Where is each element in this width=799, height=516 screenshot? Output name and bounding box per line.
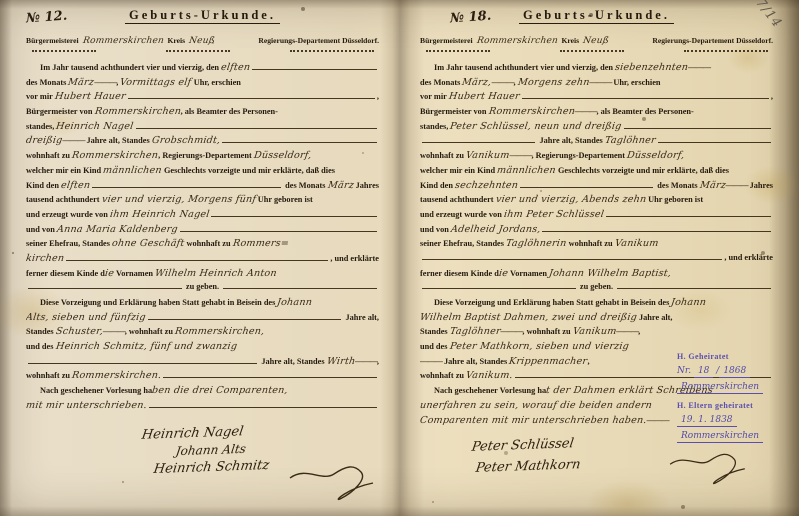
jurisdiction-line: Bürgermeisterei Rommerskirchen Kreis Neu… bbox=[26, 36, 379, 46]
printed-text: Uhr geboren ist bbox=[646, 195, 703, 204]
printed-text: wohnhaft zu bbox=[420, 371, 466, 380]
handwritten-text: Vanikum bbox=[465, 150, 510, 161]
form-line: Wilhelm Baptist Dahmen, zwei und dreißig… bbox=[420, 312, 773, 327]
handwritten-text: Taglöhnerin bbox=[505, 238, 567, 249]
printed-text: Nach geschehener Vorlesung ha bbox=[434, 386, 546, 395]
handwritten-text: Johann bbox=[671, 297, 708, 308]
fill-rule bbox=[223, 288, 377, 289]
printed-text: Jahre alt, Standes bbox=[537, 136, 604, 145]
district-label: Kreis bbox=[561, 36, 579, 45]
handwritten-text: Schuster, bbox=[55, 326, 104, 337]
printed-text: wohnhaft zu bbox=[26, 151, 72, 160]
handwritten-text: Heinrich Schmitz, fünf und zwanzig bbox=[55, 341, 238, 352]
handwritten-text: Rommerskirchen bbox=[488, 106, 576, 117]
printed-text: und erzeugt wurde von bbox=[26, 210, 110, 219]
parents-married-stamp: H. Eltern geheiratet bbox=[677, 401, 799, 410]
municipality-label: Bürgermeisterei bbox=[420, 36, 473, 45]
dotted-underline bbox=[166, 47, 230, 52]
handwritten-text: März bbox=[68, 77, 96, 88]
fill-rule bbox=[66, 260, 328, 261]
printed-text: , Regierungs-Departement bbox=[158, 151, 254, 160]
handwritten-text: Peter Schlüssel, neun und dreißig bbox=[450, 121, 623, 132]
fill-rule bbox=[180, 231, 377, 232]
form-line: Diese Vorzeigung und Erklärung haben Sta… bbox=[26, 297, 379, 312]
handwritten-text: Taglöhner bbox=[449, 326, 501, 337]
form-line: Jahre alt, Standes Wirth———, bbox=[26, 356, 379, 371]
form-line: Diese Vorzeigung und Erklärung haben Sta… bbox=[420, 297, 773, 312]
dash-fill: ——— bbox=[575, 107, 597, 116]
printed-text: Diese Vorzeigung und Erklärung haben Sta… bbox=[434, 298, 671, 307]
married-stamp: H. Geheiratet bbox=[677, 352, 799, 361]
fill-rule bbox=[148, 319, 342, 320]
handwritten-text: unerfahren zu sein, worauf die beiden an… bbox=[420, 400, 653, 411]
handwritten-text: ihm Peter Schlüssel bbox=[503, 209, 605, 220]
printed-text: Jahre alt, bbox=[343, 313, 379, 322]
marriage-place-text: Rommerskirchen bbox=[677, 382, 763, 394]
handwritten-text: Rommerskirchen. bbox=[71, 370, 162, 381]
jurisdiction-line: Bürgermeisterei Rommerskirchen Kreis Neu… bbox=[420, 36, 773, 46]
printed-text: ferner diesem Kinde d bbox=[420, 269, 499, 278]
marriage-ref-year: 1868 bbox=[719, 366, 750, 378]
printed-text: Jahres bbox=[354, 181, 379, 190]
printed-text: des Monats bbox=[283, 181, 327, 190]
handwritten-text: elften bbox=[60, 180, 91, 191]
fill-rule bbox=[658, 142, 771, 143]
printed-text: Jahre alt, bbox=[637, 313, 673, 322]
handwritten-text: Düsseldorf, bbox=[253, 150, 312, 161]
handwritten-text: Alts, sieben und fünfzig bbox=[26, 312, 146, 323]
signature: Heinrich Schmitz bbox=[152, 457, 270, 478]
handwritten-text: ie bbox=[498, 268, 509, 279]
form-line: Kind den sechzehnten des Monats März——— … bbox=[420, 180, 773, 195]
handwritten-text: männlichen bbox=[496, 165, 556, 176]
handwritten-text: Rommerskirchen, bbox=[174, 326, 265, 337]
printed-text: , als Beamter des Personen- bbox=[181, 107, 278, 116]
dotted-underlines bbox=[420, 47, 773, 53]
form-line: Standes Taglöhner———, wohnhaft zu Vaniku… bbox=[420, 326, 773, 341]
form-line: Im Jahr tausend achthundert vier und vie… bbox=[420, 62, 773, 77]
record-number: № 18. bbox=[450, 9, 492, 27]
marriage-ref-number: 18 bbox=[694, 366, 713, 378]
form-line: Im Jahr tausend achthundert vier und vie… bbox=[26, 62, 379, 77]
form-line: standes, Peter Schlüssel, neun und dreiß… bbox=[420, 121, 773, 136]
form-line: welcher mir ein Kind männlichen Geschlec… bbox=[420, 165, 773, 180]
printed-text: des Monats bbox=[26, 78, 68, 87]
signature: Peter Schlüssel bbox=[471, 435, 575, 456]
printed-text: wohnhaft zu bbox=[26, 371, 72, 380]
printed-text: tausend achthundert bbox=[420, 195, 496, 204]
dotted-underline bbox=[560, 47, 624, 52]
form-line: , und erklärte bbox=[420, 253, 773, 268]
fill-rule bbox=[222, 142, 377, 143]
printed-text: des Monats bbox=[420, 78, 462, 87]
printed-text: und erzeugt wurde von bbox=[420, 210, 504, 219]
handwritten-text: Wilhelm Heinrich Anton bbox=[154, 268, 277, 279]
printed-text: standes, bbox=[420, 122, 450, 131]
fill-rule bbox=[422, 142, 535, 143]
form-line: des Monats März,———, Morgens zehn——— Uhr… bbox=[420, 77, 773, 92]
department-label: Regierungs-Departement Düsseldorf. bbox=[652, 36, 773, 45]
handwritten-text: Vanikum bbox=[614, 238, 659, 249]
form-line: Standes Schuster,———, wohnhaft zu Rommer… bbox=[26, 326, 379, 341]
printed-text: wohnhaft zu bbox=[184, 239, 232, 248]
handwritten-text: März bbox=[327, 180, 355, 191]
fill-rule bbox=[522, 98, 769, 99]
printed-text: , und erklärte bbox=[724, 253, 773, 262]
form-line: zu geben. bbox=[420, 282, 773, 297]
printed-text: Kind den bbox=[26, 181, 61, 190]
dash-fill: ——— bbox=[420, 357, 442, 366]
form-line: tausend achthundert vier und vierzig, Mo… bbox=[26, 194, 379, 209]
handwritten-text: Grobschmidt, bbox=[151, 135, 221, 146]
page-right-header: № 18. Geburts-Urkunde. bbox=[420, 8, 773, 32]
form-line: und von Anna Maria Kaldenberg bbox=[26, 224, 379, 239]
printed-text: , bbox=[771, 92, 773, 101]
handwritten-text: März, bbox=[462, 77, 493, 88]
fill-rule bbox=[28, 363, 257, 364]
printed-text: , bbox=[377, 92, 379, 101]
form-line: dreißig——— Jahre alt, Standes Grobschmid… bbox=[26, 135, 379, 150]
handwritten-text: Hubert Hauer bbox=[448, 91, 520, 102]
page-right: № 18. Geburts-Urkunde. Bürgermeisterei R… bbox=[400, 0, 799, 516]
dash-fill: ——— bbox=[103, 327, 125, 336]
handwritten-text: vier und vierzig, Morgens fünf bbox=[101, 194, 257, 205]
official-paraph-flourish bbox=[667, 446, 748, 487]
handwritten-text: siebenzehnten bbox=[614, 62, 689, 73]
printed-text: Uhr, erschien bbox=[192, 78, 241, 87]
form-line: zu geben. bbox=[26, 282, 379, 297]
printed-text: , und erklärte bbox=[330, 254, 379, 263]
district-value: Neuß bbox=[582, 36, 609, 46]
district-value: Neuß bbox=[188, 36, 215, 46]
printed-text: , bbox=[587, 357, 589, 366]
municipality-value: Rommerskirchen bbox=[476, 36, 558, 46]
form-line: Bürgermeister von Rommerskirchen, als Be… bbox=[26, 106, 379, 121]
handwritten-text: Comparenten mit mir unterschrieben haben… bbox=[420, 415, 647, 426]
dash-fill: ——— bbox=[355, 357, 377, 366]
printed-text: Standes bbox=[26, 327, 56, 336]
printed-text: ferner diesem Kinde d bbox=[26, 269, 105, 278]
fill-rule bbox=[136, 128, 377, 129]
printed-text: Nach geschehener Vorlesung ha bbox=[40, 386, 152, 395]
form-line: des Monats März———, Vormittags elf Uhr, … bbox=[26, 77, 379, 92]
parents-marriage-place-text: Rommerskirchen bbox=[677, 431, 763, 443]
dash-fill: ——— bbox=[688, 63, 710, 72]
form-line: Jahre alt, Standes Taglöhner bbox=[420, 135, 773, 150]
register-book-scan: № 12. Geburts-Urkunde. Bürgermeisterei R… bbox=[0, 0, 799, 516]
form-line: vor mir Hubert Hauer, bbox=[420, 91, 773, 106]
handwritten-text: sechzehnten bbox=[454, 180, 519, 191]
dotted-underline bbox=[290, 47, 374, 52]
printed-text: seiner Ehefrau, Standes bbox=[26, 239, 112, 248]
fill-rule bbox=[28, 288, 182, 289]
form-line: und des Heinrich Schmitz, fünf und zwanz… bbox=[26, 341, 379, 356]
printed-text: Geschlechts vorzeigte und mir erklärte, … bbox=[556, 166, 729, 175]
printed-text: vor mir bbox=[26, 92, 55, 101]
printed-text: Bürgermeister von bbox=[26, 107, 95, 116]
form-line: und erzeugt wurde von ihm Heinrich Nagel bbox=[26, 209, 379, 224]
marriage-ref-label: Nr. bbox=[677, 366, 691, 376]
printed-text: und von bbox=[26, 225, 57, 234]
dash-fill: ——— bbox=[94, 78, 116, 87]
fill-rule bbox=[211, 216, 377, 217]
dash-fill: ——— bbox=[616, 327, 638, 336]
handwritten-text: Wilhelm Baptist Dahmen, zwei und dreißig bbox=[420, 312, 638, 323]
dash-fill: ——— bbox=[63, 136, 85, 145]
printed-text: Diese Vorzeigung und Erklärung haben Sta… bbox=[40, 298, 277, 307]
handwritten-text: Vormittags elf bbox=[120, 77, 193, 88]
printed-text: wohnhaft zu bbox=[567, 239, 615, 248]
record-number: № 12. bbox=[26, 9, 68, 27]
form-line: kirchen, und erklärte bbox=[26, 253, 379, 268]
dash-fill: ——— bbox=[510, 151, 532, 160]
dash-fill: ——— bbox=[589, 78, 611, 87]
form-line: ferner diesem Kinde die Vornamen Johann … bbox=[420, 268, 773, 283]
form-line: Bürgermeister von Rommerskirchen———, als… bbox=[420, 106, 773, 121]
form-line: wohnhaft zu Rommerskirchen, Regierungs-D… bbox=[26, 150, 379, 165]
page-left: № 12. Geburts-Urkunde. Bürgermeisterei R… bbox=[0, 0, 399, 516]
handwritten-text: ohne Geschäft bbox=[111, 238, 185, 249]
printed-text: , bbox=[377, 357, 379, 366]
form-line: Kind den elften des Monats März Jahres bbox=[26, 180, 379, 195]
handwritten-text: Anna Maria Kaldenberg bbox=[56, 224, 178, 235]
handwritten-text: vier und vierzig, Abends zehn bbox=[495, 194, 647, 205]
printed-text: Uhr geboren ist bbox=[256, 195, 313, 204]
handwritten-text: Rommerskirchen bbox=[94, 106, 182, 117]
fill-rule bbox=[128, 98, 375, 99]
form-line: seiner Ehefrau, Standes ohne Geschäft wo… bbox=[26, 238, 379, 253]
form-line: seiner Ehefrau, Standes Taglöhnerin wohn… bbox=[420, 238, 773, 253]
printed-text: standes, bbox=[26, 122, 56, 131]
handwritten-text: ie bbox=[104, 268, 115, 279]
handwritten-text: mit mir unterschrieben. bbox=[26, 400, 148, 411]
handwritten-text: März bbox=[699, 180, 727, 191]
handwritten-text: Johann bbox=[277, 297, 314, 308]
document-title-text: Geburts-Urkunde. bbox=[125, 8, 280, 24]
printed-text: Jahre alt, Standes bbox=[84, 136, 151, 145]
dash-fill: ——— bbox=[501, 327, 523, 336]
page-left-header: № 12. Geburts-Urkunde. bbox=[26, 8, 379, 32]
handwritten-text: elften bbox=[220, 62, 251, 73]
handwritten-text: Wirth bbox=[326, 356, 356, 367]
fill-rule bbox=[606, 216, 771, 217]
form-line: wohnhaft zu Vanikum———, Regierungs-Depar… bbox=[420, 150, 773, 165]
form-line: mit mir unterschrieben. bbox=[26, 400, 379, 415]
printed-text: zu geben. bbox=[184, 282, 221, 291]
printed-text: wohnhaft zu bbox=[420, 151, 466, 160]
fill-rule bbox=[149, 407, 377, 408]
parents-marriage-date: 19. 1. 1838 bbox=[677, 415, 799, 425]
printed-text: Kind den bbox=[420, 181, 455, 190]
handwritten-text: Adelheid Jordans, bbox=[450, 224, 541, 235]
form-line: Alts, sieben und fünfzig Jahre alt, bbox=[26, 312, 379, 327]
handwritten-text: dreißig bbox=[26, 135, 63, 146]
printed-text: , wohnhaft zu bbox=[125, 327, 175, 336]
handwritten-text: Düsseldorf, bbox=[626, 150, 685, 161]
form-line: und von Adelheid Jordans, bbox=[420, 224, 773, 239]
handwritten-text: Hubert Hauer bbox=[54, 91, 126, 102]
printed-text: und des bbox=[26, 342, 56, 351]
handwritten-text: Johann Wilhelm Baptist, bbox=[548, 268, 672, 279]
handwritten-text: Heinrich Nagel bbox=[56, 121, 135, 132]
printed-text: Bürgermeister von bbox=[420, 107, 489, 116]
handwritten-text: Morgens zehn bbox=[517, 77, 590, 88]
fill-rule bbox=[163, 377, 377, 378]
handwritten-text: Peter Mathkorn, sieben und vierzig bbox=[449, 341, 630, 352]
parents-marriage-place: Rommerskirchen bbox=[677, 431, 799, 441]
signature: Peter Mathkorn bbox=[475, 456, 582, 477]
dash-fill: ——— bbox=[492, 78, 514, 87]
printed-text: , Regierungs-Departement bbox=[532, 151, 628, 160]
handwritten-text: Rommers= bbox=[232, 238, 290, 249]
handwritten-text: ben die drei Comparenten, bbox=[151, 385, 288, 396]
form-line: und erzeugt wurde von ihm Peter Schlüsse… bbox=[420, 209, 773, 224]
fill-rule bbox=[252, 69, 377, 70]
official-paraph-flourish bbox=[286, 458, 376, 504]
dash-fill: ——— bbox=[726, 181, 748, 190]
printed-text: Vornamen bbox=[114, 269, 155, 278]
municipality-label: Bürgermeisterei bbox=[26, 36, 79, 45]
form-line: ferner diesem Kinde die Vornamen Wilhelm… bbox=[26, 268, 379, 283]
fill-rule bbox=[542, 231, 771, 232]
registry-margin-notes: H. Geheiratet Nr. 18 /1868 Rommerskirche… bbox=[677, 352, 799, 447]
printed-text: Standes bbox=[420, 327, 450, 336]
record-body: Im Jahr tausend achthundert vier und vie… bbox=[26, 62, 379, 415]
printed-text: Jahres bbox=[748, 181, 773, 190]
handwritten-text: Vanikum bbox=[572, 326, 617, 337]
form-line: vor mir Hubert Hauer, bbox=[26, 91, 379, 106]
form-line: Nach geschehener Vorlesung haben die dre… bbox=[26, 385, 379, 400]
printed-text: und von bbox=[420, 225, 451, 234]
printed-text: zu geben. bbox=[578, 282, 615, 291]
printed-text: des Monats bbox=[655, 181, 699, 190]
printed-text: vor mir bbox=[420, 92, 449, 101]
fill-rule bbox=[92, 187, 281, 188]
handwritten-text: Vanikum. bbox=[465, 370, 513, 381]
form-line: welcher mir ein Kind männlichen Geschlec… bbox=[26, 165, 379, 180]
printed-text: welcher mir ein Kind bbox=[420, 166, 497, 175]
marriage-reference: Nr. 18 /1868 bbox=[677, 366, 799, 376]
handwritten-text: Rommerskirchen bbox=[71, 150, 159, 161]
form-line: standes, Heinrich Nagel bbox=[26, 121, 379, 136]
fill-rule bbox=[624, 128, 771, 129]
printed-text: und des bbox=[420, 342, 450, 351]
printed-text: , bbox=[638, 327, 640, 336]
district-label: Kreis bbox=[167, 36, 185, 45]
handwritten-text: ihm Heinrich Nagel bbox=[109, 209, 210, 220]
printed-text: Im Jahr tausend achthundert vier und vie… bbox=[434, 63, 615, 72]
printed-text: , als Beamter des Personen- bbox=[596, 107, 693, 116]
form-line: tausend achthundert vier und vierzig, Ab… bbox=[420, 194, 773, 209]
handwritten-text: Taglöhner bbox=[604, 135, 656, 146]
dash-fill: ——— bbox=[647, 416, 669, 425]
printed-text: seiner Ehefrau, Standes bbox=[420, 239, 506, 248]
dotted-underline bbox=[684, 47, 768, 52]
fill-rule bbox=[422, 288, 576, 289]
printed-text: welcher mir ein Kind bbox=[26, 166, 103, 175]
dotted-underlines bbox=[26, 47, 379, 53]
form-line: wohnhaft zu Rommerskirchen. bbox=[26, 370, 379, 385]
handwritten-text: Krippenmacher bbox=[509, 356, 589, 367]
municipality-value: Rommerskirchen bbox=[82, 36, 164, 46]
marriage-place: Rommerskirchen bbox=[677, 382, 799, 392]
printed-text: Uhr, erschien bbox=[611, 78, 660, 87]
printed-text: Vornamen bbox=[508, 269, 549, 278]
document-title-text: Geburts-Urkunde. bbox=[519, 8, 674, 24]
printed-text: tausend achthundert bbox=[26, 195, 102, 204]
fill-rule bbox=[617, 288, 771, 289]
department-label: Regierungs-Departement Düsseldorf. bbox=[258, 36, 379, 45]
printed-text: , wohnhaft zu bbox=[522, 327, 572, 336]
signature: Johann Alts bbox=[175, 440, 247, 459]
printed-text: Jahre alt, Standes bbox=[442, 357, 509, 366]
dotted-underline bbox=[426, 47, 490, 52]
handwritten-text: kirchen bbox=[26, 253, 65, 264]
document-title: Geburts-Urkunde. bbox=[26, 8, 379, 23]
fill-rule bbox=[422, 259, 722, 260]
dotted-underline bbox=[32, 47, 96, 52]
handwritten-text: männlichen bbox=[102, 165, 162, 176]
printed-text: Geschlechts vorzeigte und mir erklärte, … bbox=[162, 166, 335, 175]
signature: Heinrich Nagel bbox=[141, 423, 245, 444]
printed-text: Im Jahr tausend achthundert vier und vie… bbox=[40, 63, 221, 72]
parents-marriage-date-text: 19. 1. 1838 bbox=[677, 415, 737, 427]
fill-rule bbox=[520, 187, 653, 188]
printed-text: Jahre alt, Standes bbox=[259, 357, 326, 366]
